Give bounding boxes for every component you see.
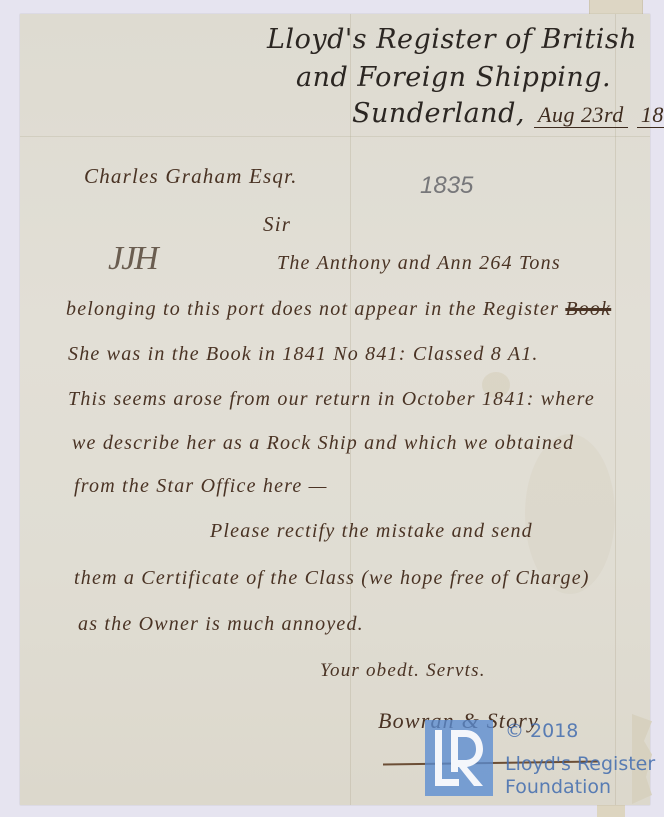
salutation: Sir [263, 212, 291, 237]
body-line-4: This seems arose from our return in Octo… [68, 388, 595, 411]
closing: Your obedt. Servts. [320, 660, 486, 682]
letterhead-line-1: Lloyd's Register of British [267, 24, 637, 55]
struck-word: Book [565, 298, 611, 320]
letter-date: Aug 23rd [534, 102, 628, 128]
body-line-2-text: belonging to this port does not appear i… [66, 298, 559, 320]
watermark-copyright: © 2018 [505, 720, 578, 742]
letterhead-place: Sunderland, [352, 98, 525, 129]
letter-year: 1843 [637, 102, 664, 128]
body-line-6: from the Star Office here — [74, 475, 328, 498]
fold-crease-right [615, 14, 616, 805]
body-line-1: The Anthony and Ann 264 Tons [277, 252, 561, 275]
letterhead-line-2: and Foreign Shipping. [296, 62, 611, 93]
lr-foundation-watermark: © 2018 Lloyd's Register Foundation [425, 720, 655, 800]
watermark-org-line-2: Foundation [505, 776, 611, 798]
watermark-org-line-1: Lloyd's Register [505, 753, 655, 775]
body-line-2: belonging to this port does not appear i… [66, 298, 611, 321]
letterhead-place-date: Sunderland, Aug 23rd 1843 [352, 98, 664, 129]
body-line-5: we describe her as a Rock Ship and which… [72, 432, 574, 455]
body-line-3: She was in the Book in 1841 No 841: Clas… [68, 343, 539, 366]
addressee: Charles Graham Esqr. [84, 164, 298, 189]
lr-logo-icon [425, 720, 493, 796]
body-line-8: them a Certificate of the Class (we hope… [74, 567, 590, 590]
pencil-number-annotation: 1835 [420, 172, 473, 200]
body-line-9: as the Owner is much annoyed. [78, 613, 364, 636]
fold-crease-horizontal [20, 136, 650, 137]
body-line-7: Please rectify the mistake and send [210, 520, 533, 543]
initials-annotation: JJH [108, 240, 157, 278]
